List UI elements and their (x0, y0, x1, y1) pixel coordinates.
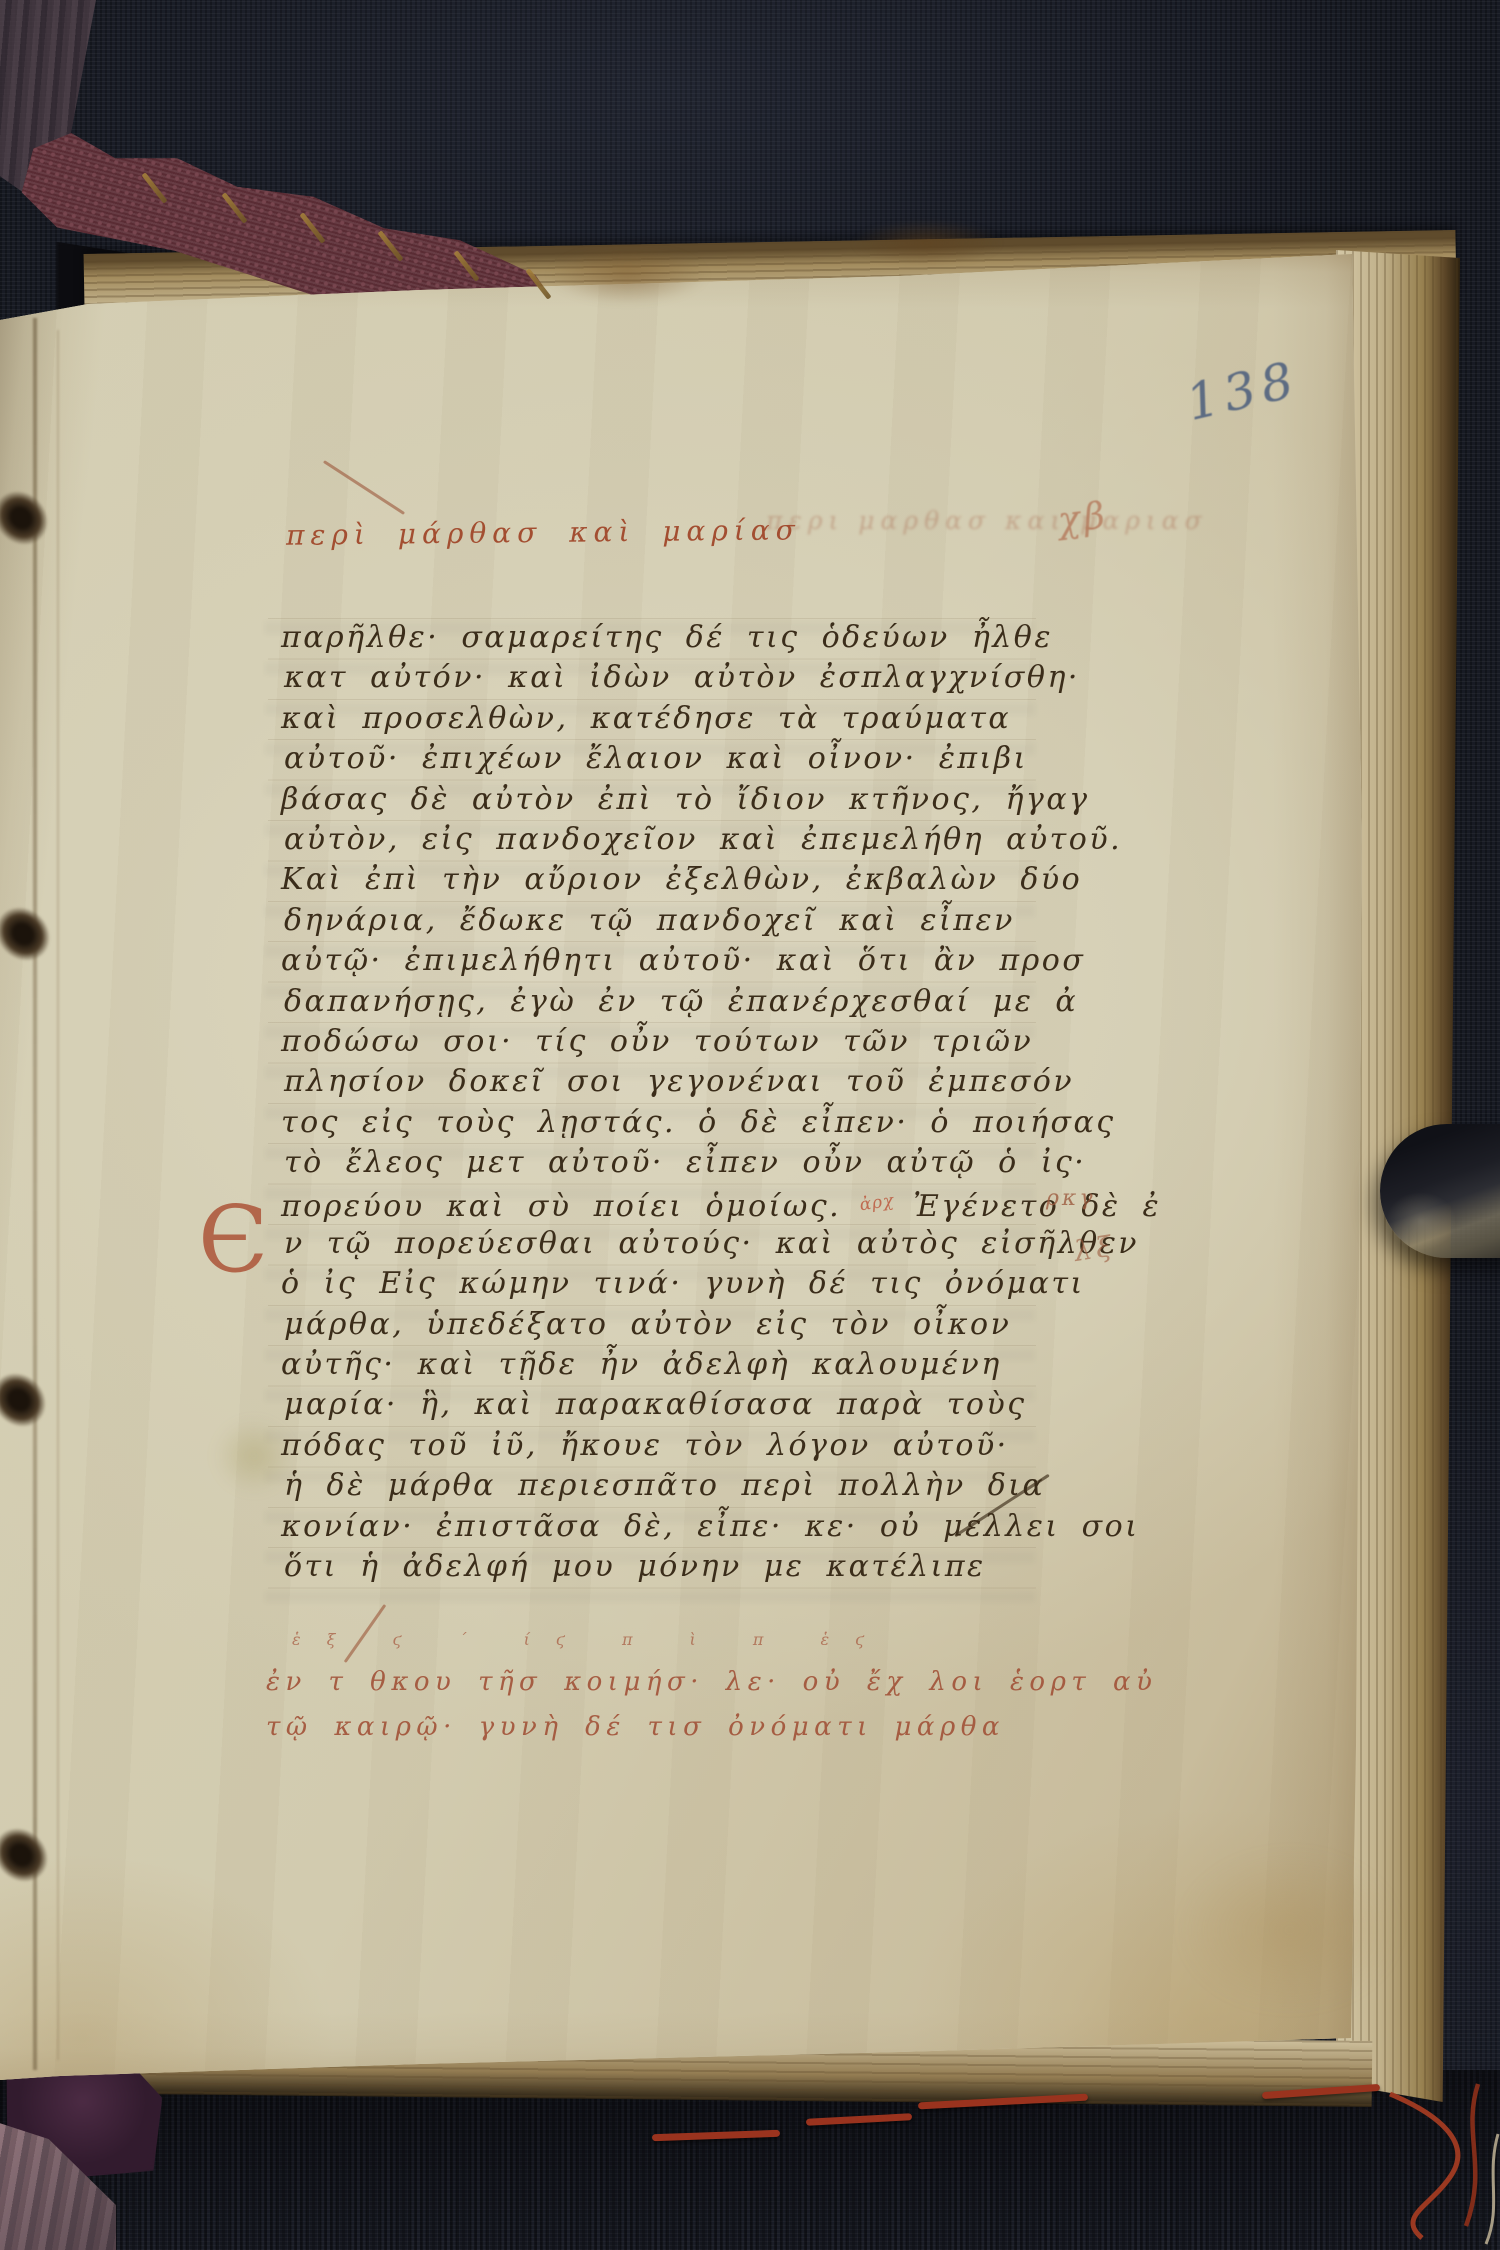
lection-incipit-mark: ἀρχ (839, 1179, 916, 1229)
text-line: αὐτῆς· καὶ τῇδε ἦν ἀδελφὴ καλουμένη (281, 1345, 1041, 1385)
stain-top-edge (548, 246, 708, 304)
gutter-crease (33, 318, 37, 2070)
page-weight-strap (1380, 1124, 1500, 1258)
text-line-segment: πορεύου καὶ σὺ ποίει ὁμοίως. (281, 1189, 841, 1224)
footer-rubric-line-1: ἐν τ θκου τῆσ κοιμήσ· λε· οὐ ἔχ λοι ἑορτ… (266, 1660, 1157, 1705)
manuscript-photo: { "manuscript": { "folio_number": "138",… (0, 0, 1500, 2250)
lection-initial: Є (198, 1194, 268, 1286)
text-line: ὅτι ἡ ἀδελφή μου μόνην με κατέλιπε (284, 1547, 1041, 1587)
text-line-with-incipit: πορεύου καὶ σὺ ποίει ὁμοίως.ἀρχἘγένετο δ… (281, 1183, 1041, 1223)
text-line: ἡ δὲ μάρθα περιεσπᾶτο περὶ πολλὴν δια (284, 1466, 1041, 1506)
text-block: παρῆλθε· σαμαρείτης δέ τις ὁδεύων ἦλθε κ… (281, 618, 1041, 1587)
text-line: ποδώσω σοι· τίς οὖν τούτων τῶν τριῶν (281, 1022, 1041, 1062)
footer-rubric-line-2: τῷ καιρῷ· γυνὴ δέ τισ ὀνόματι μάρθα (266, 1705, 1157, 1750)
text-line: αὐτοῦ· ἐπιχέων ἔλαιον καὶ οἶνον· ἐπιβι (284, 739, 1041, 779)
text-line: δαπανήσῃς, ἐγὼ ἐν τῷ ἐπανέρχεσθαί με ἀ (284, 982, 1041, 1022)
footer-lection-rubric: ἐν τ θκου τῆσ κοιμήσ· λε· οὐ ἔχ λοι ἑορτ… (266, 1660, 1157, 1750)
text-line: βάσας δὲ αὐτὸν ἐπὶ τὸ ἴδιον κτῆνος, ἤγαγ (281, 780, 1041, 820)
text-line: αὐτῷ· ἐπιμελήθητι αὐτοῦ· καὶ ὅτι ἂν προσ (281, 941, 1041, 981)
margin-note-section-number: ρκγ (1046, 1186, 1096, 1211)
chapter-title-rubric: περὶ μάρθασ καὶ μαρίασ (286, 513, 801, 551)
text-line: κατ αὐτόν· καὶ ἰδὼν αὐτὸν ἐσπλαγχνίσθη· (284, 658, 1041, 698)
text-line: καὶ προσελθὼν, κατέδησε τὰ τραύματα (281, 699, 1041, 739)
text-line: δηνάρια, ἔδωκε τῷ πανδοχεῖ καὶ εἶπεν (284, 901, 1041, 941)
text-line: πόδας τοῦ ἰῦ, ἤκουε τὸν λόγον αὐτοῦ· (281, 1426, 1041, 1466)
text-line: ὁ ἰς Εἰς κώμην τινά· γυνὴ δέ τις ὀνόματι (281, 1264, 1041, 1304)
text-line: μαρία· ἣ, καὶ παρακαθίσασα παρὰ τοὺς (284, 1385, 1041, 1425)
text-line-segment: Ἐγένετο δὲ ἐ (913, 1189, 1161, 1224)
text-line: αὐτὸν, εἰς πανδοχεῖον καὶ ἐπεμελήθη αὐτο… (284, 820, 1041, 860)
chapter-number-mark: χβ (1056, 495, 1111, 542)
stain-bottom-right (1180, 1850, 1400, 2010)
text-line: μάρθα, ὑπεδέξατο αὐτὸν εἰς τὸν οἶκον (284, 1305, 1041, 1345)
text-line: παρῆλθε· σαμαρείτης δέ τις ὁδεύων ἦλθε (281, 618, 1041, 658)
text-line: πλησίον δοκεῖ σοι γεγονέναι τοῦ ἐμπεσόν (284, 1062, 1041, 1102)
text-line: τος εἰς τοὺς λῃστάς. ὁ δὲ εἶπεν· ὁ ποιήσ… (281, 1103, 1041, 1143)
text-line: ν τῷ πορεύεσθαι αὐτούς· καὶ αὐτὸς εἰσῆλθ… (284, 1224, 1041, 1264)
text-line: κονίαν· ἐπιστᾶσα δὲ, εἶπε· κε· οὐ μέλλει… (281, 1507, 1041, 1547)
stain-top-stack (852, 220, 1002, 266)
text-line: τὸ ἔλεος μετ αὐτοῦ· εἶπεν οὖν αὐτῷ ὁ ἰς· (284, 1143, 1041, 1183)
margin-note-lection-number: λξ (1072, 1229, 1118, 1268)
gutter-crease-light (57, 330, 59, 2060)
title-ghost-offset: περι μαρθασ και μαριασ (766, 506, 1208, 535)
thread-tangle (1366, 2076, 1500, 2250)
rubric-abbreviation-marks: ἑξ ϛ ΄ ίϛ π ὶ π ἑϛ (292, 1630, 890, 1649)
text-line: Καὶ ἐπὶ τὴν αὔριον ἐξελθὼν, ἐκβαλὼν δύο (281, 860, 1041, 900)
